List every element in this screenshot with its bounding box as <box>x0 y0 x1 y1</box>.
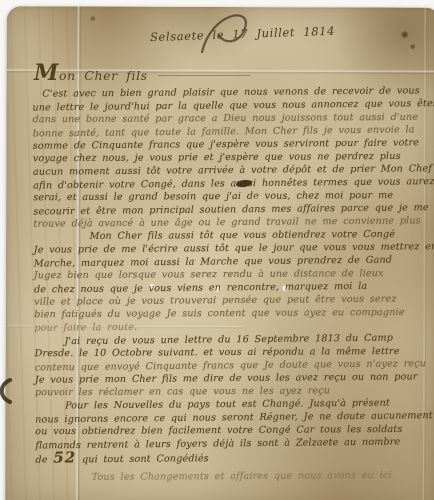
salutation-row: Mon Cher fils <box>34 60 250 86</box>
letter-line: voyage chez nous, je vous prie et j'espè… <box>33 150 431 166</box>
number-line-prefix: de <box>35 455 53 466</box>
letter-closing-line: Tous les Changements et affaires que nou… <box>36 469 434 485</box>
number-line-suffix: qui tout sont Congédiés <box>76 453 209 465</box>
salutation: Mon Cher fils <box>34 60 148 86</box>
letter-body: C'est avec un bien grand plaisir que nou… <box>32 84 433 484</box>
flourish-dash <box>158 75 250 76</box>
letter-line: pouvoir les réclamer en cas que vous ne … <box>35 384 433 400</box>
photograph-of-letter: Selsaete le 17 Juillet 1814 Mon Cher fil… <box>0 0 434 500</box>
margin-ink-mark <box>0 378 13 404</box>
letter-line: Mon Cher fils aussi tôt que vous obtiend… <box>34 228 432 244</box>
